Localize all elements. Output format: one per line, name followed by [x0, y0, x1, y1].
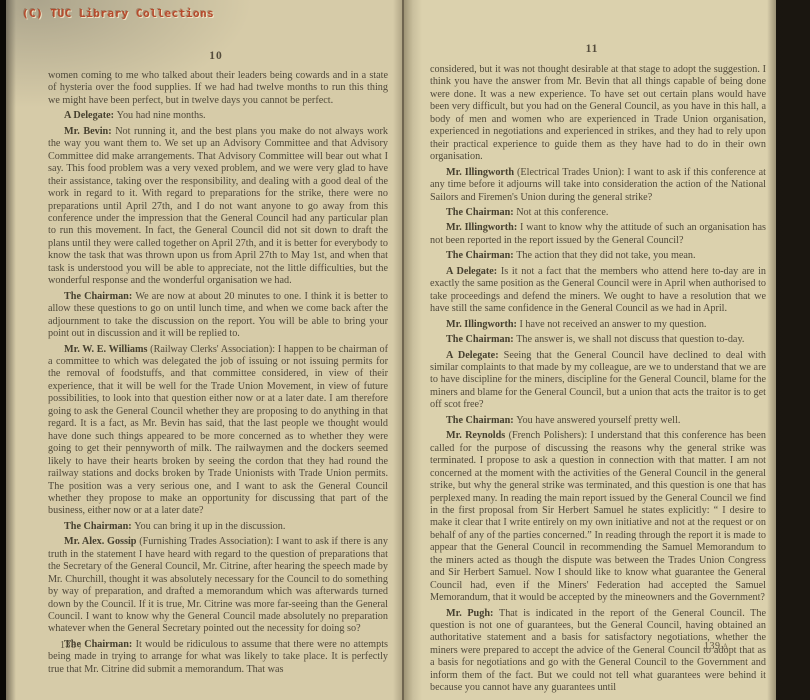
paragraph-text: You had nine months. — [117, 110, 206, 121]
paragraph-text: The action that they did not take, you m… — [516, 250, 695, 261]
transcript-paragraph: A Delegate: Is it not a fact that the me… — [430, 266, 766, 316]
paragraph-text: You have answered yourself pretty well. — [516, 415, 680, 426]
paragraph-text: women coming to me who talked about thei… — [48, 70, 388, 106]
transcript-paragraph: Mr. Illingworth: I have not received an … — [430, 319, 766, 331]
transcript-paragraph: Mr. Illingworth (Electrical Trades Union… — [430, 167, 766, 204]
transcript-paragraph: considered, but it was not thought desir… — [430, 64, 766, 164]
speaker-name: Mr. Alex. Gossip — [64, 536, 139, 547]
paragraph-text: You can bring it up in the discussion. — [134, 521, 285, 532]
paragraph-text: Not at this conference. — [516, 207, 608, 218]
page-number-left: 10 — [46, 50, 386, 62]
folio-left: 138) — [60, 640, 82, 651]
paragraph-text: I want to ask if there is any truth in t… — [48, 536, 388, 634]
speaker-name: The Chairman: — [64, 291, 135, 302]
paragraph-text: The answer is, we shall not discuss that… — [516, 334, 744, 345]
paragraph-text: I have not received an answer to my ques… — [519, 319, 706, 330]
speaker-affiliation: (French Polishers): — [509, 430, 591, 441]
transcript-paragraph: The Chairman: The answer is, we shall no… — [430, 334, 766, 346]
transcript-paragraph: The Chairman: We are now at about 20 min… — [48, 291, 388, 341]
transcript-paragraph: women coming to me who talked about thei… — [48, 70, 388, 107]
transcript-paragraph: Mr. Bevin: Not running it, and the best … — [48, 126, 388, 288]
transcript-paragraph: Mr. Alex. Gossip (Furnishing Trades Asso… — [48, 536, 388, 636]
transcript-paragraph: The Chairman: Not at this conference. — [430, 207, 766, 219]
speaker-affiliation: (Railway Clerks' Association): — [150, 344, 278, 355]
book-scan: 10 women coming to me who talked about t… — [0, 0, 810, 700]
transcript-paragraph: Mr. Reynolds (French Polishers): I under… — [430, 430, 766, 604]
speaker-name: A Delegate: — [64, 110, 117, 121]
page-number-right: 11 — [422, 43, 762, 55]
folio-left-mark: ) — [77, 641, 82, 650]
library-watermark: (C) TUC Library Collections — [22, 7, 214, 20]
transcript-left-column: women coming to me who talked about thei… — [48, 70, 388, 679]
transcript-paragraph: The Chairman: You have answered yourself… — [430, 415, 766, 427]
transcript-paragraph: Mr. W. E. Williams (Railway Clerks' Asso… — [48, 344, 388, 518]
transcript-paragraph: Mr. Illingworth: I want to know why the … — [430, 222, 766, 247]
transcript-paragraph: A Delegate: You had nine months. — [48, 110, 388, 122]
speaker-name: A Delegate: — [446, 350, 504, 361]
folio-right: 139A — [704, 641, 729, 652]
paragraph-text: considered, but it was not thought desir… — [430, 64, 766, 162]
speaker-name: Mr. Bevin: — [64, 126, 115, 137]
transcript-paragraph: The Chairman: The action that they did n… — [430, 250, 766, 262]
speaker-name: A Delegate: — [446, 266, 501, 277]
folio-left-number: 138 — [60, 640, 77, 651]
transcript-right-column: considered, but it was not thought desir… — [430, 64, 766, 698]
folio-right-number: 139 — [704, 641, 721, 652]
speaker-affiliation: (Furnishing Trades Association): — [139, 536, 276, 547]
transcript-paragraph: The Chairman: You can bring it up in the… — [48, 521, 388, 533]
speaker-name: Mr. Illingworth: — [446, 222, 520, 233]
speaker-name: The Chairman: — [446, 415, 516, 426]
paragraph-text: I happen to be chairman of a committee t… — [48, 344, 388, 517]
page-right: 11 considered, but it was not thought de… — [404, 0, 776, 700]
paragraph-text: Not running it, and the best plans you m… — [48, 126, 388, 286]
page-left: 10 women coming to me who talked about t… — [6, 0, 404, 700]
transcript-paragraph: A Delegate: Seeing that the General Coun… — [430, 350, 766, 412]
speaker-name: Mr. Reynolds — [446, 430, 509, 441]
folio-right-mark: A — [721, 642, 729, 651]
speaker-name: The Chairman: — [64, 521, 134, 532]
speaker-name: Mr. Pugh: — [446, 608, 499, 619]
speaker-name: The Chairman: — [446, 207, 516, 218]
paragraph-text: I understand that this conference has be… — [430, 430, 766, 603]
speaker-name: Mr. Illingworth — [446, 167, 517, 178]
speaker-name: The Chairman: — [446, 334, 516, 345]
speaker-affiliation: (Electrical Trades Union): — [517, 167, 627, 178]
transcript-paragraph: The Chairman: It would be ridiculous to … — [48, 639, 388, 676]
speaker-name: Mr. Illingworth: — [446, 319, 519, 330]
speaker-name: Mr. W. E. Williams — [64, 344, 150, 355]
speaker-name: The Chairman: — [446, 250, 516, 261]
